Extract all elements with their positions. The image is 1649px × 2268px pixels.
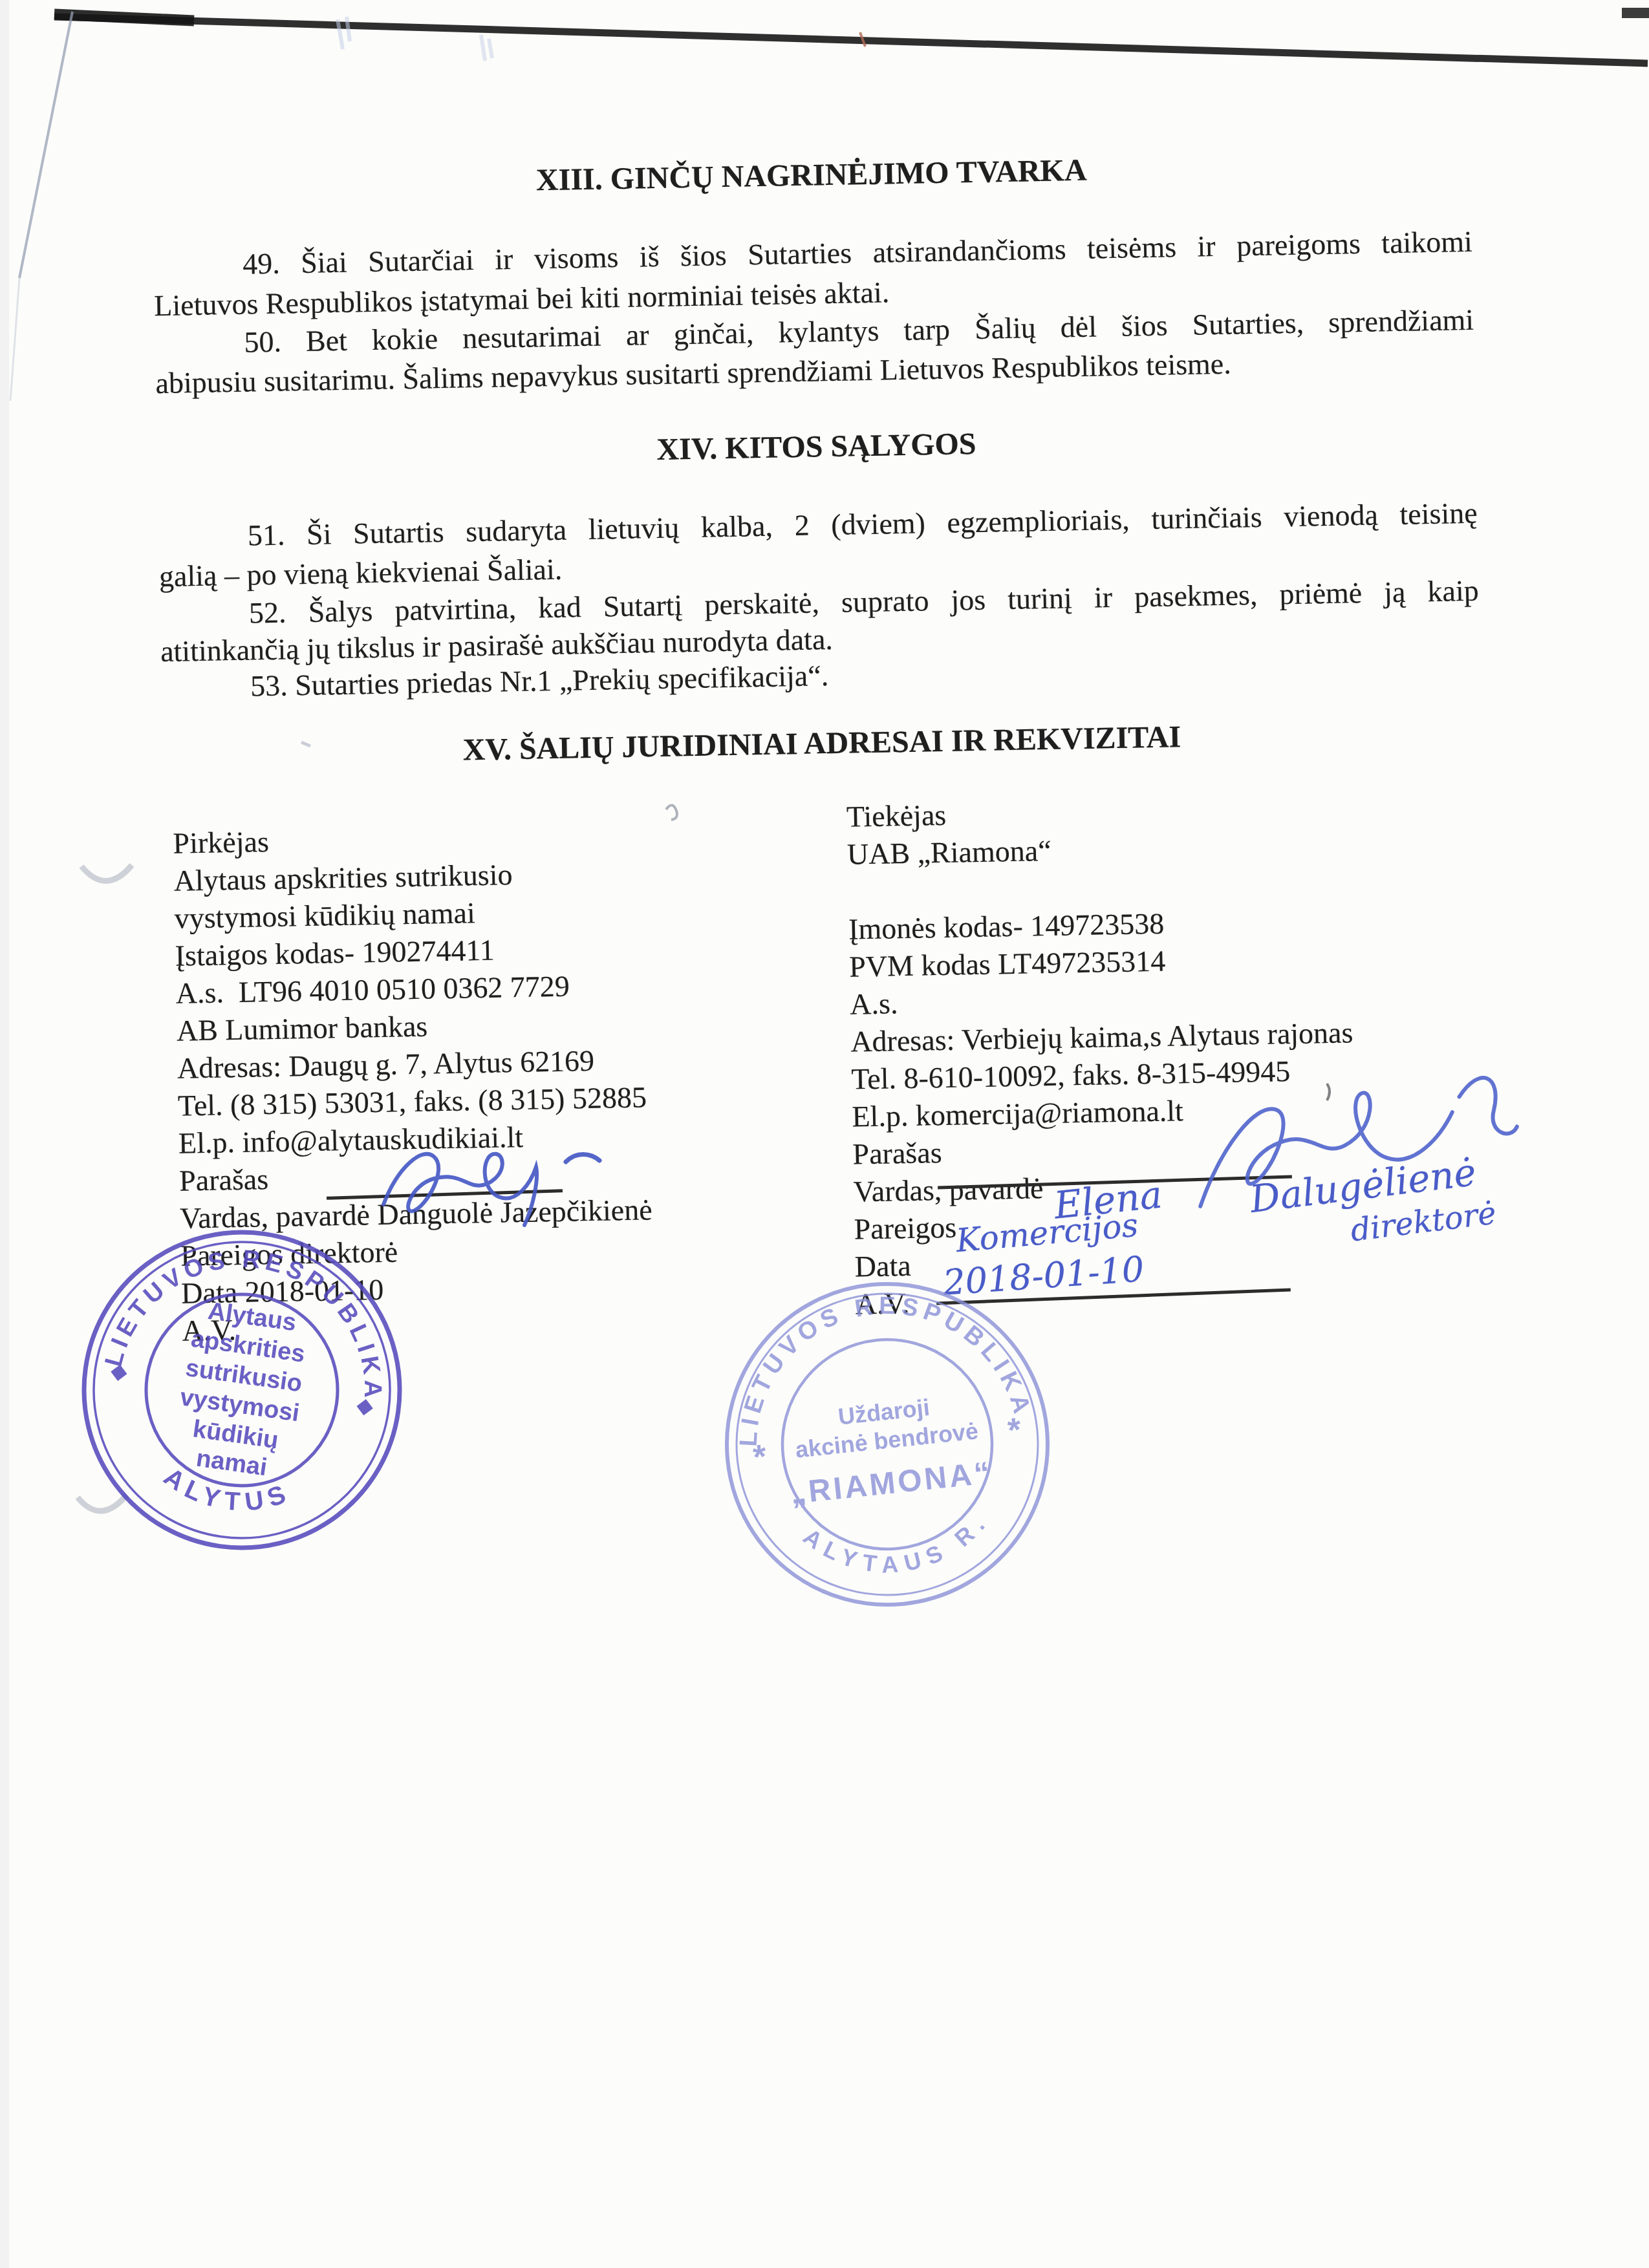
- buyer-signature-ink: [372, 1128, 643, 1232]
- supplier-stamp-star-left: *: [751, 1438, 769, 1477]
- supplier-email: El.p. komercija@riamona.lt: [852, 1093, 1183, 1133]
- supplier-name-label: Vardas, pavardė: [853, 1171, 1044, 1208]
- paragraph-49-line-1: 49. Šiai Sutarčiai ir visoms iš šios Sut…: [153, 224, 1473, 283]
- supplier-position-label: Pareigos: [854, 1210, 956, 1246]
- buyer-role-label: Pirkėjas: [173, 824, 269, 861]
- supplier-stamp-inner-line-3: „RIAMONA“: [789, 1455, 994, 1510]
- supplier-stamp-ring-bottom-text: ALYTAUS R.: [797, 1504, 1000, 1588]
- paragraph-51-line-2: galią – po vieną kiekvienai Šaliai.: [159, 552, 563, 594]
- buyer-name-line-2: vystymosi kūdikių namai: [174, 895, 475, 936]
- scanned-contract-page: XIII. GINČŲ NAGRINĖJIMO TVARKA 49. Šiai …: [0, 0, 1649, 2268]
- top-scan-line-blob: [54, 14, 194, 21]
- crescent-mark-1: [81, 865, 132, 881]
- buyer-bank: AB Lumimor bankas: [176, 1009, 427, 1048]
- supplier-signature-label: Parašas: [852, 1135, 942, 1171]
- buyer-address: Adresas: Daugų g. 7, Alytus 62169: [177, 1043, 594, 1086]
- supplier-address: Adresas: Verbiejų kaima,s Alytaus rajona…: [850, 1015, 1353, 1058]
- top-scan-line: [54, 17, 1648, 63]
- buyer-company-code: Įstaigos kodas- 190274411: [175, 933, 495, 973]
- left-edge-shadow: [0, 0, 9, 2268]
- buyer-phone-fax: Tel. (8 315) 53031, faks. (8 315) 52885: [178, 1080, 647, 1122]
- section-heading-xiv: XIV. KITOS SĄLYGOS: [156, 417, 1476, 476]
- buyer-account-number: A.s. LT96 4010 0510 0362 7729: [175, 969, 570, 1011]
- paragraph-51-line-1: 51. Ši Sutartis sudaryta lietuvių kalba,…: [158, 496, 1478, 554]
- supplier-company-code: Įmonės kodas- 149723538: [848, 906, 1165, 947]
- supplier-vat-code: PVM kodas LT497235314: [849, 944, 1166, 984]
- section-heading-xv: XV. ŠALIŲ JURIDINIAI ADRESAI IR REKVIZIT…: [162, 714, 1482, 773]
- page-fold-line-faint: [10, 278, 19, 401]
- supplier-account-label: A.s.: [850, 986, 898, 1021]
- section-heading-xiii: XIII. GINČŲ NAGRINĖJIMO TVARKA: [151, 145, 1471, 205]
- top-right-corner-mark: [1622, 8, 1649, 18]
- supplier-company-name: UAB „Riamona“: [847, 833, 1051, 872]
- red-speck: [860, 32, 865, 47]
- smudge-mark-2: [481, 35, 492, 61]
- buyer-signature-label: Parašas: [179, 1162, 269, 1198]
- smudge-mark-1: [338, 17, 350, 49]
- page-fold-line: [19, 12, 72, 278]
- supplier-round-stamp: LIETUVOS RESPUBLIKA ALYTAUS R. * * Uždar…: [713, 1270, 1062, 1619]
- buyer-name-line-1: Alytaus apskrities sutrikusio: [173, 857, 513, 898]
- supplier-role-label: Tiekėjas: [846, 798, 947, 834]
- buyer-round-stamp: LIETUVOS RESPUBLIKA ALYTUS Alytaus apskr…: [74, 1222, 410, 1558]
